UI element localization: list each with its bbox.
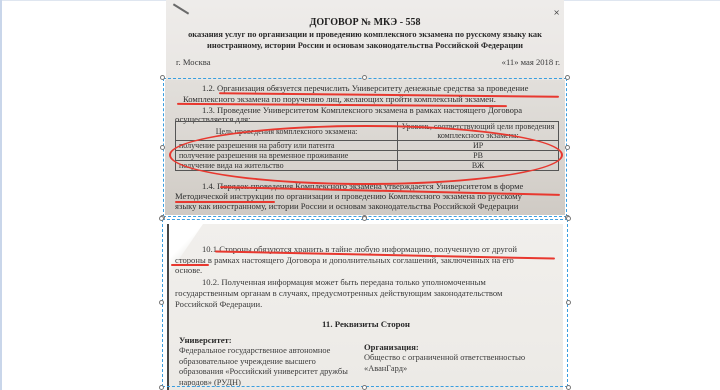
- resize-handle[interactable]: [159, 300, 164, 305]
- resize-handle[interactable]: [159, 385, 164, 390]
- resize-handle[interactable]: [565, 75, 570, 80]
- resize-handle[interactable]: [362, 216, 367, 221]
- resize-handle[interactable]: [160, 75, 165, 80]
- close-icon: ×: [553, 8, 560, 17]
- resize-handle[interactable]: [565, 145, 570, 150]
- pen-mark: [173, 3, 189, 14]
- subtitle-line: иностранному, истории России и основам з…: [168, 40, 562, 51]
- resize-handle[interactable]: [160, 145, 165, 150]
- resize-handle[interactable]: [362, 75, 367, 80]
- contract-date: «11» мая 2018 г.: [502, 57, 560, 67]
- resize-handle[interactable]: [566, 216, 571, 221]
- selection-frame-middle[interactable]: [163, 78, 567, 217]
- selection-frame-bottom[interactable]: [162, 219, 568, 387]
- contract-subtitle: оказания услуг по организации и проведен…: [168, 29, 562, 51]
- resize-handle[interactable]: [159, 216, 164, 221]
- subtitle-line: оказания услуг по организации и проведен…: [168, 29, 562, 40]
- contract-title: ДОГОВОР № МКЭ - 558: [166, 17, 564, 28]
- header-photo[interactable]: × ДОГОВОР № МКЭ - 558 оказания услуг по …: [166, 0, 564, 80]
- resize-handle[interactable]: [566, 385, 571, 390]
- resize-handle[interactable]: [362, 385, 367, 390]
- contract-city: г. Москва: [176, 57, 211, 67]
- window-left-edge: [0, 0, 2, 390]
- resize-handle[interactable]: [566, 300, 571, 305]
